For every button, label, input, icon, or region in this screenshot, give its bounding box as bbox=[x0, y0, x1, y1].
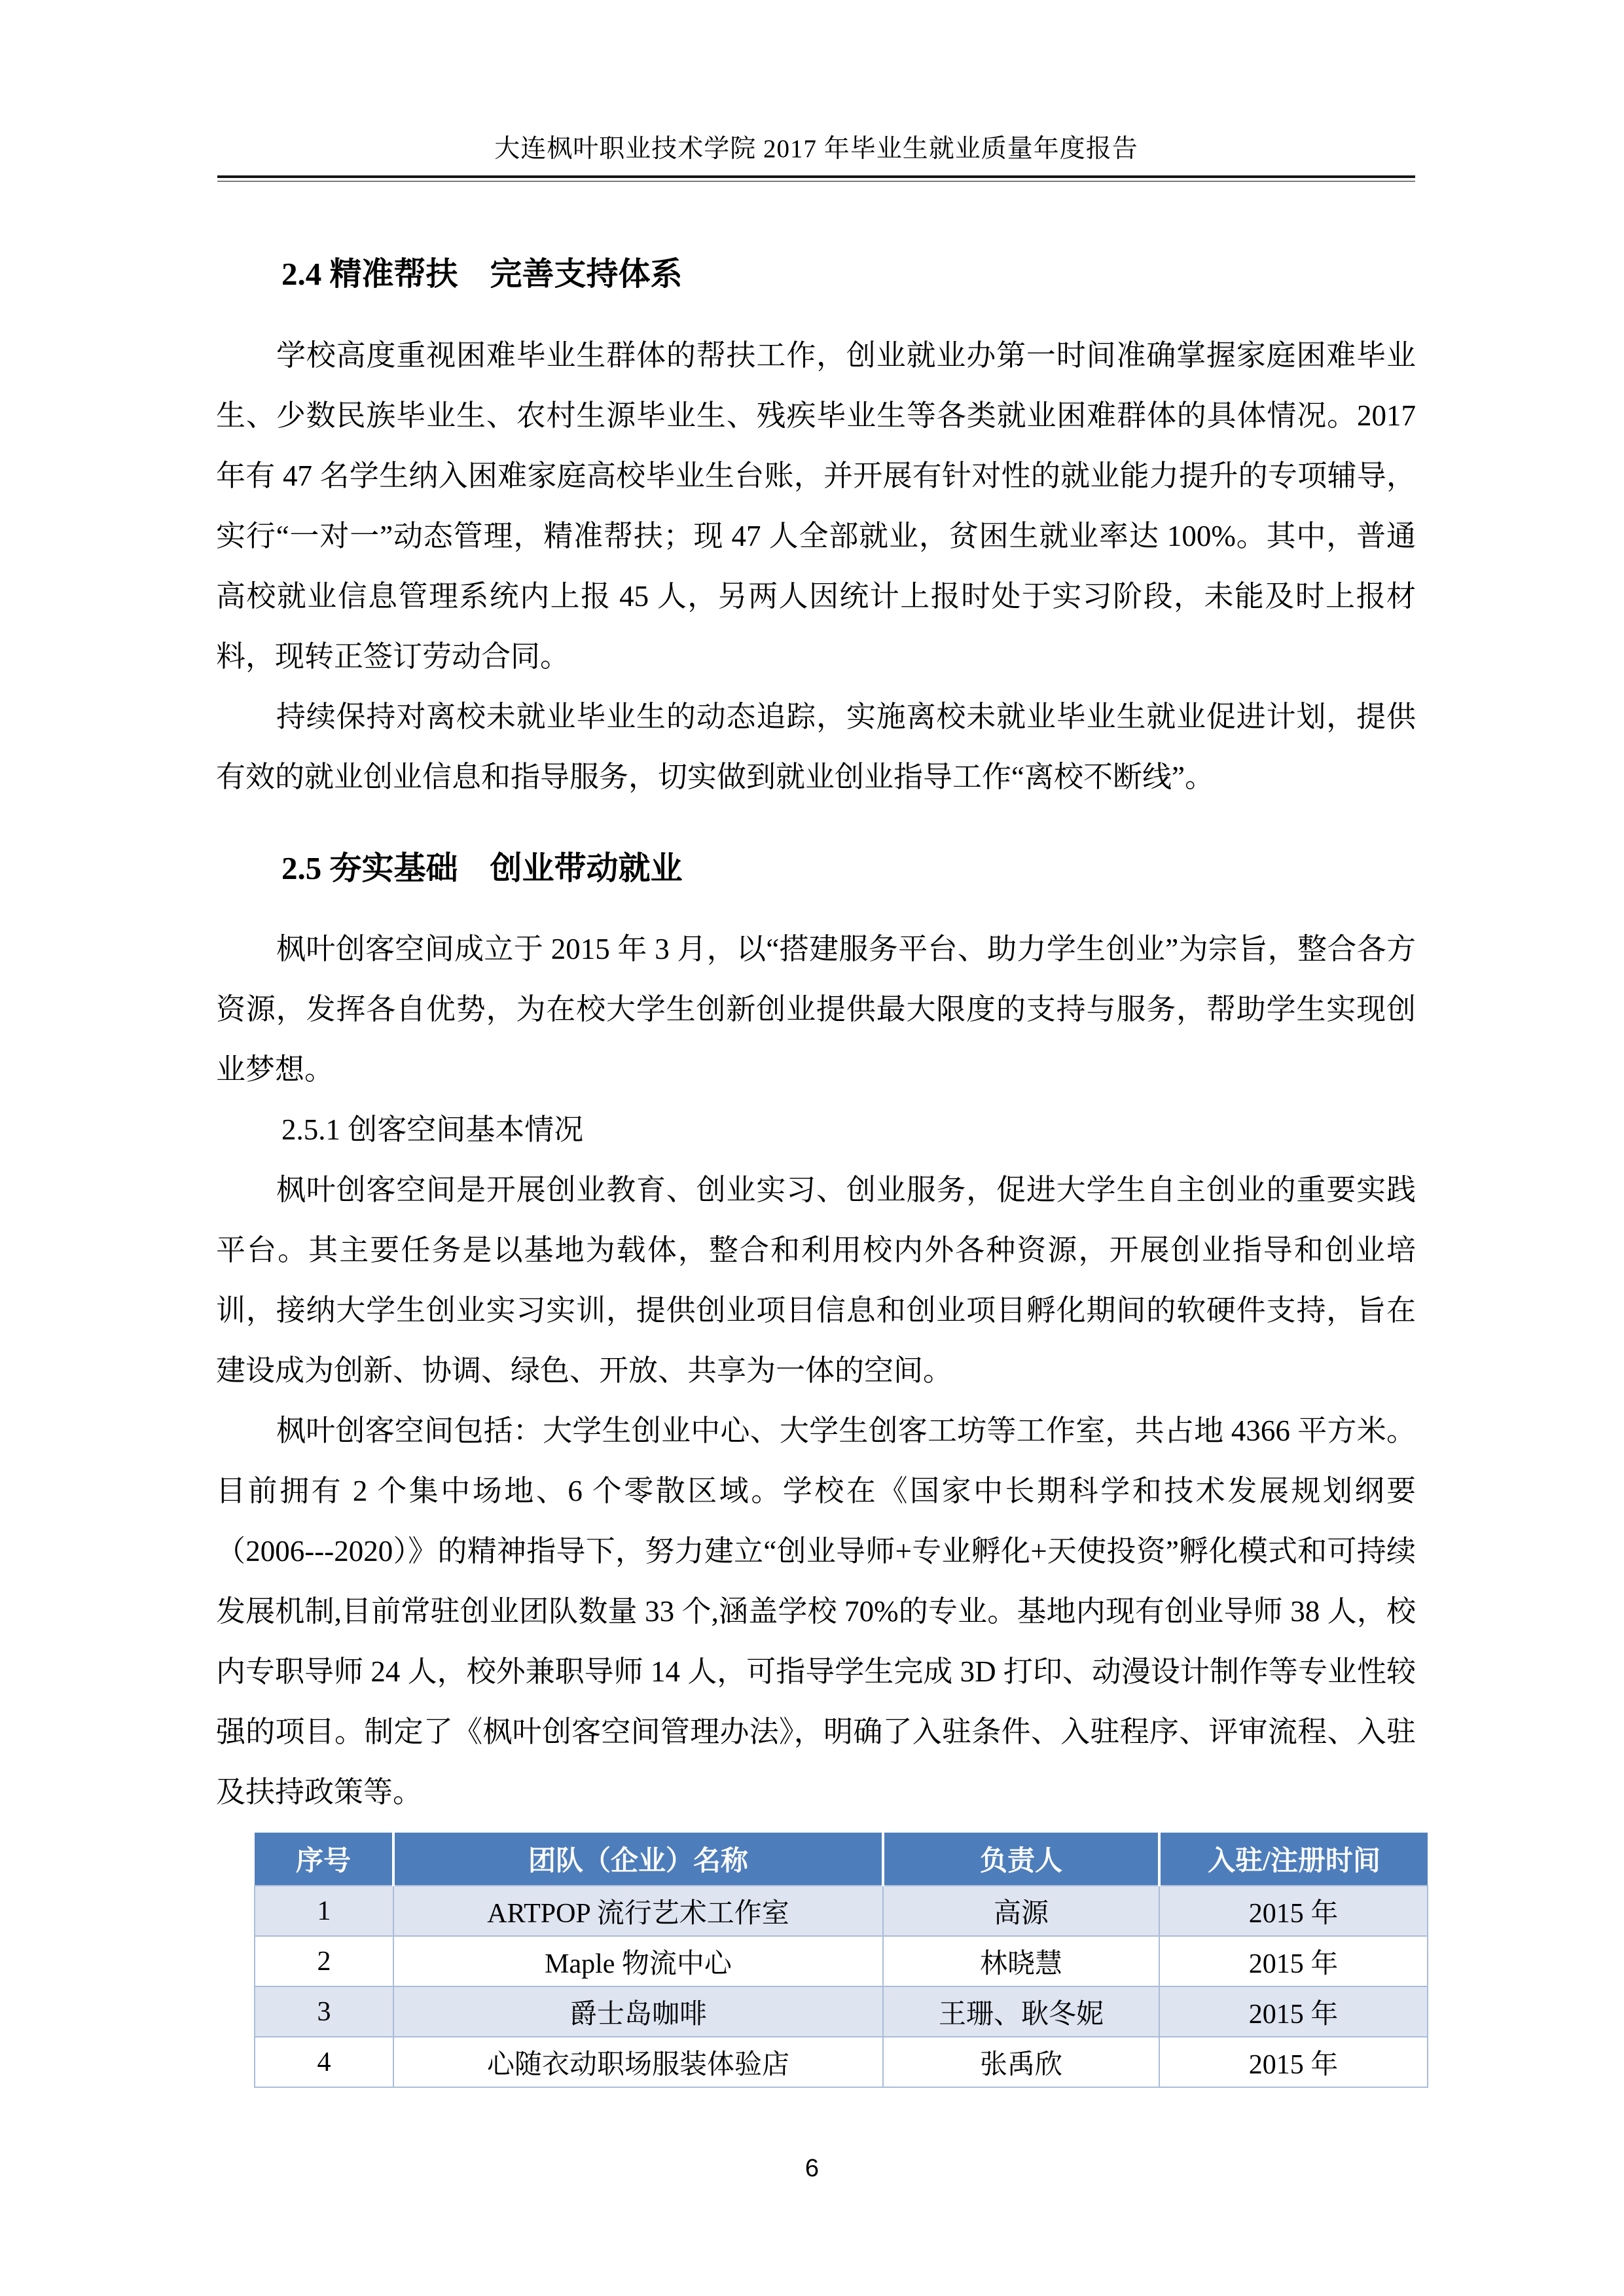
table-cell-registration-time: 2015 年 bbox=[1159, 1886, 1428, 1936]
table-cell-registration-time: 2015 年 bbox=[1159, 2037, 1428, 2087]
table-cell-leader: 王珊、耿冬妮 bbox=[883, 1986, 1159, 2037]
table-row: 2 Maple 物流中心 林晓慧 2015 年 bbox=[255, 1936, 1428, 1986]
table-cell-team-name: ARTPOP 流行艺术工作室 bbox=[393, 1886, 883, 1936]
col-header-team-name: 团队（企业）名称 bbox=[393, 1833, 883, 1886]
section-2-4-heading: 2.4 精准帮扶 完善支持体系 bbox=[216, 253, 1416, 295]
section-2-5-1-paragraph-2: 枫叶创客空间包括：大学生创业中心、大学生创客工坊等工作室，共占地 4366 平方… bbox=[216, 1401, 1416, 1822]
table-cell-leader: 林晓慧 bbox=[883, 1936, 1159, 1986]
table-header-row: 序号 团队（企业）名称 负责人 入驻/注册时间 bbox=[255, 1833, 1428, 1886]
table-row: 4 心随衣动职场服装体验店 张禹欣 2015 年 bbox=[255, 2037, 1428, 2087]
section-2-5-1-heading: 2.5.1 创客空间基本情况 bbox=[216, 1100, 1416, 1160]
col-header-registration-time: 入驻/注册时间 bbox=[1159, 1833, 1428, 1886]
resident-teams-table: 序号 团队（企业）名称 负责人 入驻/注册时间 1 ARTPOP 流行艺术工作室… bbox=[254, 1833, 1428, 2088]
col-header-index: 序号 bbox=[255, 1833, 393, 1886]
section-2-4-paragraph-1: 学校高度重视困难毕业生群体的帮扶工作，创业就业办第一时间准确掌握家庭困难毕业生、… bbox=[216, 325, 1416, 687]
table-cell-index: 3 bbox=[255, 1986, 393, 2037]
table-cell-index: 1 bbox=[255, 1886, 393, 1936]
table-cell-index: 4 bbox=[255, 2037, 393, 2087]
header-divider bbox=[217, 175, 1415, 182]
running-header: 大连枫叶职业技术学院 2017 年毕业生就业质量年度报告 bbox=[217, 134, 1415, 182]
table-cell-leader: 张禹欣 bbox=[883, 2037, 1159, 2087]
table-cell-index: 2 bbox=[255, 1936, 393, 1986]
col-header-leader: 负责人 bbox=[883, 1833, 1159, 1886]
page-number: 6 bbox=[0, 2155, 1624, 2183]
report-header-title: 大连枫叶职业技术学院 2017 年毕业生就业质量年度报告 bbox=[217, 134, 1415, 165]
table-cell-leader: 高源 bbox=[883, 1886, 1159, 1936]
table-cell-team-name: Maple 物流中心 bbox=[393, 1936, 883, 1986]
document-page: 大连枫叶职业技术学院 2017 年毕业生就业质量年度报告 2.4 精准帮扶 完善… bbox=[0, 0, 1624, 2296]
section-2-5-1-paragraph-1: 枫叶创客空间是开展创业教育、创业实习、创业服务，促进大学生自主创业的重要实践平台… bbox=[216, 1160, 1416, 1401]
table-cell-team-name: 心随衣动职场服装体验店 bbox=[393, 2037, 883, 2087]
section-2-4-paragraph-2: 持续保持对离校未就业毕业生的动态追踪，实施离校未就业毕业生就业促进计划，提供有效… bbox=[216, 687, 1416, 807]
document-body: 2.4 精准帮扶 完善支持体系 学校高度重视困难毕业生群体的帮扶工作，创业就业办… bbox=[216, 219, 1416, 2088]
table-cell-team-name: 爵士岛咖啡 bbox=[393, 1986, 883, 2037]
table-row: 3 爵士岛咖啡 王珊、耿冬妮 2015 年 bbox=[255, 1986, 1428, 2037]
table-row: 1 ARTPOP 流行艺术工作室 高源 2015 年 bbox=[255, 1886, 1428, 1936]
section-2-5-heading: 2.5 夯实基础 创业带动就业 bbox=[216, 848, 1416, 889]
table-cell-registration-time: 2015 年 bbox=[1159, 1936, 1428, 1986]
section-2-5-paragraph-1: 枫叶创客空间成立于 2015 年 3 月，以“搭建服务平台、助力学生创业”为宗旨… bbox=[216, 919, 1416, 1100]
table-cell-registration-time: 2015 年 bbox=[1159, 1986, 1428, 2037]
